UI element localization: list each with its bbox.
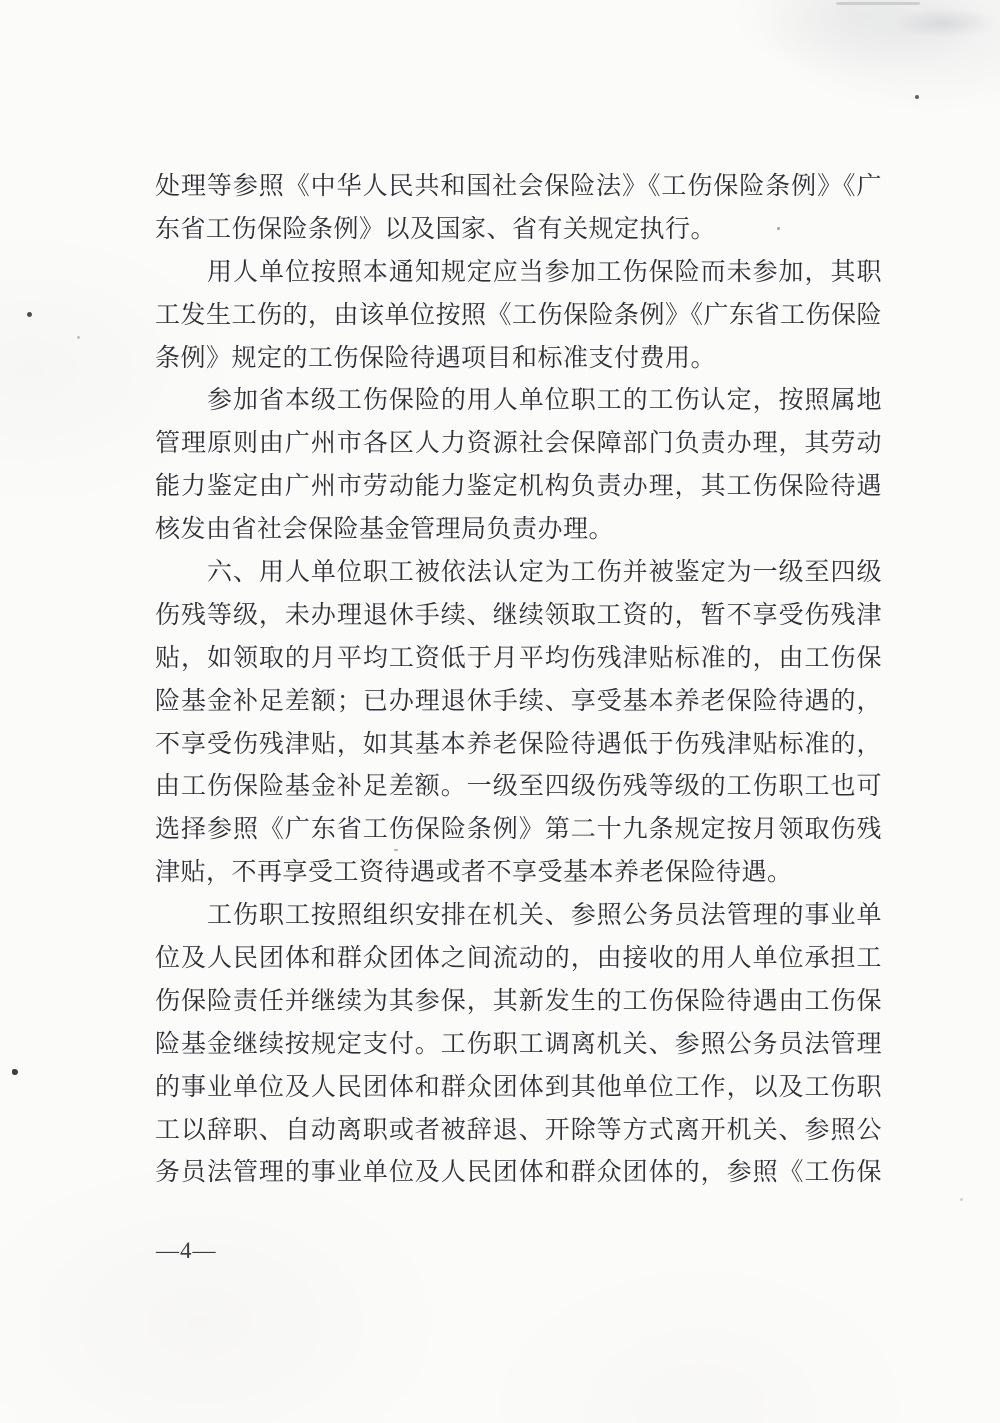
- text-line: 用人单位按照本通知规定应当参加工伤保险而未参加，其职: [155, 252, 882, 295]
- text-line: 津贴，不再享受工资待遇或者不享受基本养老保险待遇。: [155, 852, 882, 895]
- text-line: 东省工伤保险条例》以及国家、省有关规定执行。: [155, 209, 882, 252]
- scan-speck: [77, 336, 80, 339]
- text-line: 险基金补足差额；已办理退休手续、享受基本养老保险待遇的，: [155, 681, 882, 724]
- text-line: 处理等参照《中华人民共和国社会保险法》《工伤保险条例》《广: [155, 166, 882, 209]
- text-line: 贴，如领取的月平均工资低于月平均伤残津贴标准的，由工伤保: [155, 638, 882, 681]
- page-number: —4—: [156, 1238, 217, 1264]
- scan-speck: [960, 1198, 963, 1201]
- text-line: 工以辞职、自动离职或者被辞退、开除等方式离开机关、参照公: [155, 1110, 882, 1153]
- text-line: 工发生工伤的，由该单位按照《工伤保险条例》《广东省工伤保险: [155, 295, 882, 338]
- document-page: 处理等参照《中华人民共和国社会保险法》《工伤保险条例》《广 东省工伤保险条例》以…: [0, 0, 1000, 1423]
- text-line: 工伤职工按照组织安排在机关、参照公务员法管理的事业单: [155, 895, 882, 938]
- text-line: 选择参照《广东省工伤保险条例》第二十九条规定按月领取伤残: [155, 809, 882, 852]
- text-line: 伤残等级，未办理退休手续、继续领取工资的，暂不享受伤残津: [155, 595, 882, 638]
- scan-streak: [836, 2, 920, 5]
- scan-speck: [12, 1069, 18, 1075]
- text-line: 险基金继续按规定支付。工伤职工调离机关、参照公务员法管理: [155, 1024, 882, 1067]
- scan-speck: [915, 95, 919, 99]
- text-line: 务员法管理的事业单位及人民团体和群众团体的，参照《工伤保: [155, 1152, 882, 1195]
- text-line: 位及人民团体和群众团体之间流动的，由接收的用人单位承担工: [155, 938, 882, 981]
- text-line: 不享受伤残津贴，如其基本养老保险待遇低于伤残津贴标准的，: [155, 724, 882, 767]
- scan-speck: [27, 312, 32, 317]
- text-line: 管理原则由广州市各区人力资源社会保障部门负责办理，其劳动: [155, 423, 882, 466]
- text-line: 伤保险责任并继续为其参保，其新发生的工伤保险待遇由工伤保: [155, 981, 882, 1024]
- text-line: 核发由省社会保险基金管理局负责办理。: [155, 509, 882, 552]
- text-line: 由工伤保险基金补足差额。一级至四级伤残等级的工伤职工也可: [155, 766, 882, 809]
- text-line: 参加省本级工伤保险的用人单位职工的工伤认定，按照属地: [155, 380, 882, 423]
- text-line: 条例》规定的工伤保险待遇项目和标准支付费用。: [155, 338, 882, 381]
- scan-smudge: [893, 8, 997, 38]
- text-line: 的事业单位及人民团体和群众团体到其他单位工作，以及工伤职: [155, 1067, 882, 1110]
- text-line: 能力鉴定由广州市劳动能力鉴定机构负责办理，其工伤保险待遇: [155, 466, 882, 509]
- body-text: 处理等参照《中华人民共和国社会保险法》《工伤保险条例》《广 东省工伤保险条例》以…: [155, 166, 882, 1195]
- text-line: 六、用人单位职工被依法认定为工伤并被鉴定为一级至四级: [155, 552, 882, 595]
